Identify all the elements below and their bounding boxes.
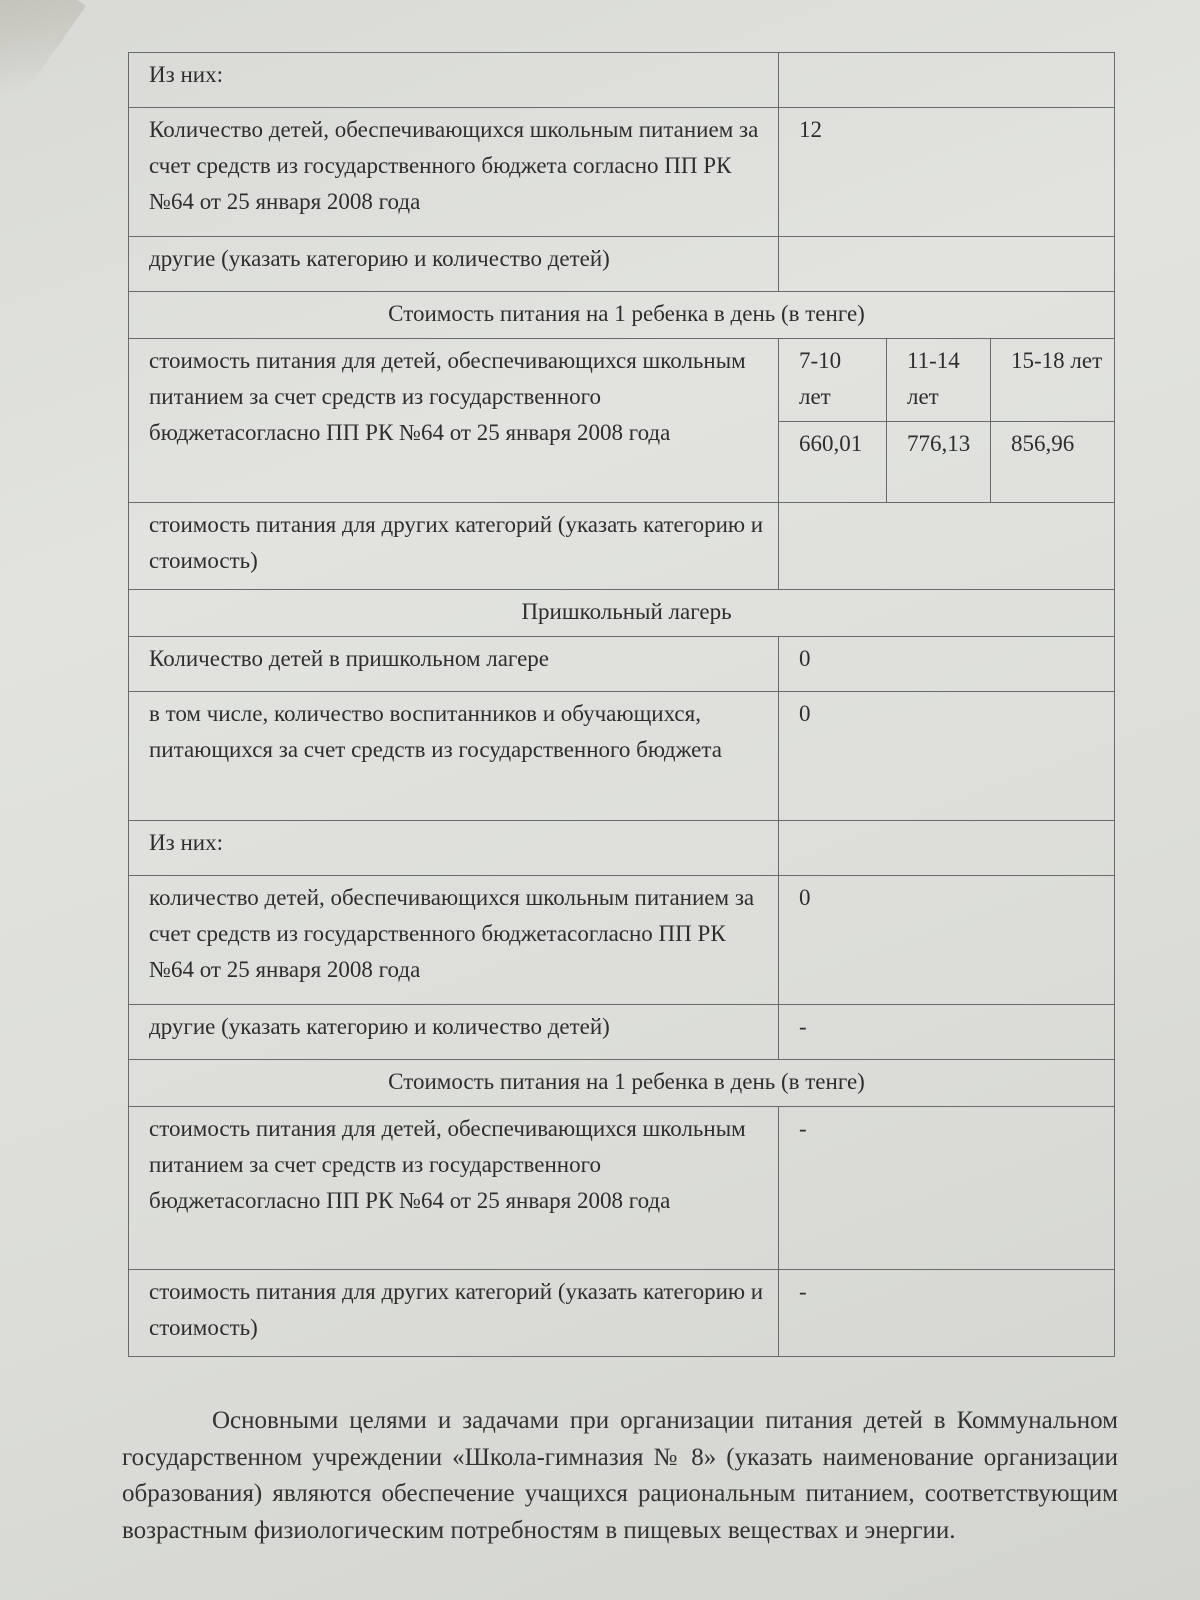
row-value: - xyxy=(779,1270,1115,1357)
age-group-cost: 856,96 xyxy=(991,422,1115,503)
table-row: другие (указать категорию и количество д… xyxy=(129,1005,1115,1060)
table-row: стоимость питания для детей, обеспечиваю… xyxy=(129,1107,1115,1270)
nutrition-table: Из них: Количество детей, обеспечивающих… xyxy=(128,52,1115,1357)
row-label: стоимость питания для детей, обеспечиваю… xyxy=(129,339,779,503)
age-group-row: стоимость питания для детей, обеспечиваю… xyxy=(129,339,1115,422)
row-value: - xyxy=(779,1107,1115,1270)
row-value: 0 xyxy=(779,637,1115,692)
row-label: другие (указать категорию и количество д… xyxy=(129,237,779,292)
goals-paragraph: Основными целями и задачами при организа… xyxy=(122,1403,1118,1549)
row-label: стоимость питания для других категорий (… xyxy=(129,503,779,590)
row-label: в том числе, количество воспитанников и … xyxy=(129,692,779,821)
section-header: Стоимость питания на 1 ребенка в день (в… xyxy=(129,292,1115,339)
table-row: Количество детей, обеспечивающихся школь… xyxy=(129,108,1115,237)
table-row: стоимость питания для других категорий (… xyxy=(129,1270,1115,1357)
row-value: 0 xyxy=(779,876,1115,1005)
page-edge-shadow xyxy=(0,0,86,137)
section-header: Стоимость питания на 1 ребенка в день (в… xyxy=(129,1060,1115,1107)
row-label: Количество детей, обеспечивающихся школь… xyxy=(129,108,779,237)
age-group-label: 7-10 лет xyxy=(779,339,887,422)
age-group-label: 11-14 лет xyxy=(887,339,991,422)
row-value xyxy=(779,53,1115,108)
row-label: Из них: xyxy=(129,53,779,108)
row-label: Из них: xyxy=(129,821,779,876)
age-group-cost: 776,13 xyxy=(887,422,991,503)
row-value: 12 xyxy=(779,108,1115,237)
table-row: количество детей, обеспечивающихся школь… xyxy=(129,876,1115,1005)
row-label: стоимость питания для других категорий (… xyxy=(129,1270,779,1357)
section-header: Пришкольный лагерь xyxy=(129,590,1115,637)
nutrition-table-container: Из них: Количество детей, обеспечивающих… xyxy=(128,52,1114,1357)
row-value xyxy=(779,237,1115,292)
table-row: Из них: xyxy=(129,53,1115,108)
table-row: Из них: xyxy=(129,821,1115,876)
row-label: стоимость питания для детей, обеспечиваю… xyxy=(129,1107,779,1270)
age-group-cost: 660,01 xyxy=(779,422,887,503)
row-label: количество детей, обеспечивающихся школь… xyxy=(129,876,779,1005)
row-label: другие (указать категорию и количество д… xyxy=(129,1005,779,1060)
table-row: стоимость питания для других категорий (… xyxy=(129,503,1115,590)
table-row: Количество детей в пришкольном лагере 0 xyxy=(129,637,1115,692)
row-label: Количество детей в пришкольном лагере xyxy=(129,637,779,692)
row-value: 0 xyxy=(779,692,1115,821)
section-header-row: Пришкольный лагерь xyxy=(129,590,1115,637)
age-group-label: 15-18 лет xyxy=(991,339,1115,422)
table-row: в том числе, количество воспитанников и … xyxy=(129,692,1115,821)
table-row: другие (указать категорию и количество д… xyxy=(129,237,1115,292)
row-value xyxy=(779,503,1115,590)
section-header-row: Стоимость питания на 1 ребенка в день (в… xyxy=(129,1060,1115,1107)
row-value: - xyxy=(779,1005,1115,1060)
row-value xyxy=(779,821,1115,876)
section-header-row: Стоимость питания на 1 ребенка в день (в… xyxy=(129,292,1115,339)
